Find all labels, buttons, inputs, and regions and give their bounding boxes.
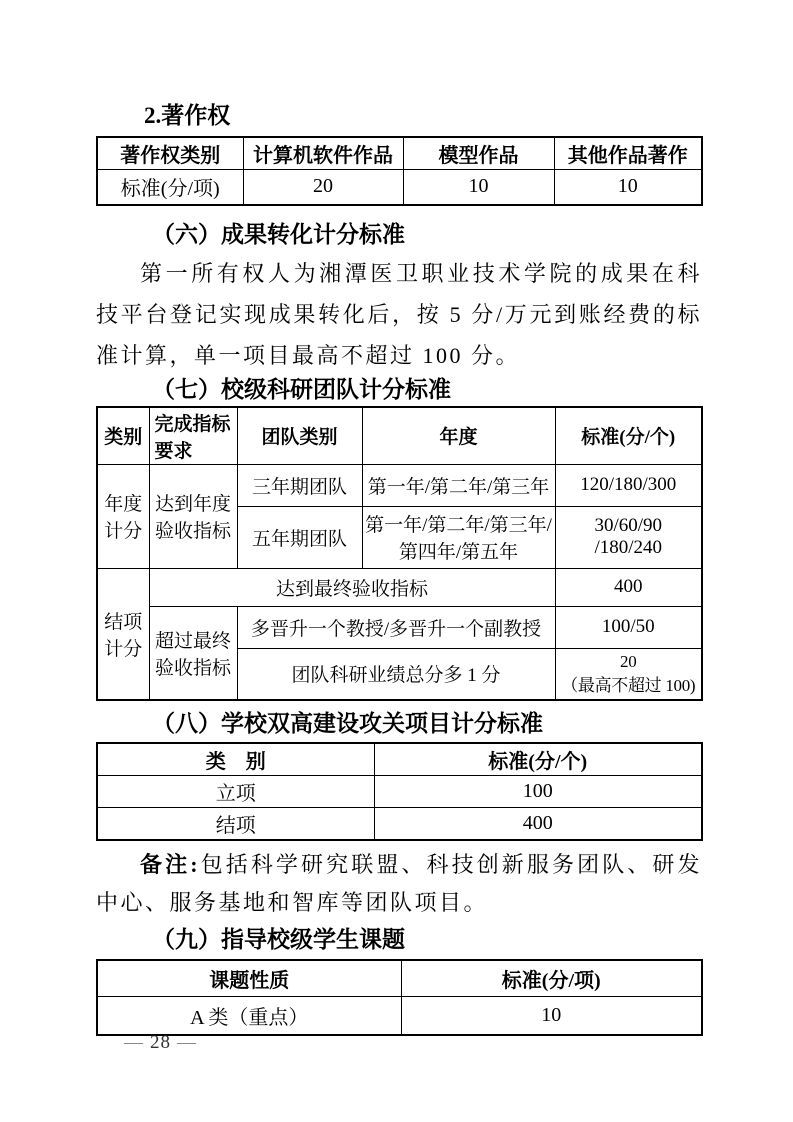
- heading-section-6: （六）成果转化计分标准: [152, 221, 702, 249]
- score-cell: 30/60/90 /180/240: [555, 506, 702, 568]
- column-header: 课题性质: [97, 960, 401, 996]
- cell-value: 100: [374, 776, 702, 808]
- table-row: 立项 100: [97, 776, 702, 808]
- table-header-row: 著作权类别 计算机软件作品 模型作品 其他作品著作: [97, 137, 702, 170]
- table-row: A 类（重点） 10: [97, 996, 702, 1035]
- heading-section-8: （八）学校双高建设攻关项目计分标准: [152, 710, 702, 738]
- paragraph-section-6: 第一所有权人为湘潭医卫职业技术学院的成果在科技平台登记实现成果转化后，按 5 分…: [96, 253, 702, 376]
- column-header: 计算机软件作品: [243, 137, 403, 170]
- footer-dash-left: —: [118, 1032, 150, 1053]
- column-header: 标准(分/个): [555, 407, 702, 465]
- heading-copyright: 2.著作权: [144, 102, 702, 130]
- cell-value: 20: [243, 170, 403, 205]
- column-header: 完成指标要求: [149, 407, 237, 465]
- student-topic-table: 课题性质 标准(分/项) A 类（重点） 10: [96, 959, 703, 1036]
- page-number-footer: —28—: [118, 1032, 203, 1054]
- table-row: 结项计分 达到最终验收指标 400: [97, 568, 702, 606]
- column-header: 著作权类别: [97, 137, 243, 170]
- column-header: 模型作品: [403, 137, 554, 170]
- footer-dash-right: —: [171, 1032, 203, 1053]
- column-header: 标准(分/项): [401, 960, 702, 996]
- row-label: 标准(分/项): [97, 170, 243, 205]
- requirement-cell: 超过最终验收指标: [149, 606, 237, 700]
- column-header: 年度: [362, 407, 555, 465]
- column-header: 类 别: [97, 743, 374, 776]
- cell-value: 10: [401, 996, 702, 1035]
- heading-section-7: （七）校级科研团队计分标准: [152, 376, 702, 404]
- note-label: 备注:: [140, 852, 200, 877]
- table-header-row: 类别 完成指标要求 团队类别 年度 标准(分/个): [97, 407, 702, 465]
- copyright-table: 著作权类别 计算机软件作品 模型作品 其他作品著作 标准(分/项) 20 10 …: [96, 136, 703, 206]
- score-cell: 400: [555, 568, 702, 606]
- table-row: 结项 400: [97, 808, 702, 841]
- column-header: 其他作品著作: [554, 137, 702, 170]
- years-cell: 第一年/第二年/第三年/第四年/第五年: [362, 506, 555, 568]
- table-row: 标准(分/项) 20 10 10: [97, 170, 702, 205]
- page-content: 2.著作权 著作权类别 计算机软件作品 模型作品 其他作品著作 标准(分/项) …: [96, 0, 702, 1036]
- condition-cell: 多晋升一个教授/多晋升一个副教授: [237, 606, 555, 648]
- team-cell: 五年期团队: [237, 506, 362, 568]
- document-page: 2.著作权 著作权类别 计算机软件作品 模型作品 其他作品著作 标准(分/项) …: [0, 0, 793, 1122]
- condition-cell: 团队科研业绩总分多 1 分: [237, 648, 555, 700]
- cell-value: 400: [374, 808, 702, 841]
- cell-value: 10: [403, 170, 554, 205]
- final-target-cell: 达到最终验收指标: [149, 568, 555, 606]
- shuanggao-project-table: 类 别 标准(分/个) 立项 100 结项 400: [96, 742, 703, 841]
- score-cell: 20 （最高不超过 100): [555, 648, 702, 700]
- row-label: 结项: [97, 808, 374, 841]
- research-team-table: 类别 完成指标要求 团队类别 年度 标准(分/个) 年度计分 达到年度验收指标 …: [96, 406, 703, 702]
- score-cell: 120/180/300: [555, 464, 702, 506]
- row-label: A 类（重点）: [97, 996, 401, 1035]
- category-cell: 年度计分: [97, 464, 149, 568]
- table-header-row: 类 别 标准(分/个): [97, 743, 702, 776]
- team-cell: 三年期团队: [237, 464, 362, 506]
- years-cell: 第一年/第二年/第三年: [362, 464, 555, 506]
- heading-section-9: （九）指导校级学生课题: [152, 926, 702, 954]
- footer-page-number: 28: [150, 1032, 171, 1053]
- table-row: 年度计分 达到年度验收指标 三年期团队 第一年/第二年/第三年 120/180/…: [97, 464, 702, 506]
- category-cell: 结项计分: [97, 568, 149, 700]
- column-header: 类别: [97, 407, 149, 465]
- table-header-row: 课题性质 标准(分/项): [97, 960, 702, 996]
- score-cell: 100/50: [555, 606, 702, 648]
- row-label: 立项: [97, 776, 374, 808]
- column-header: 标准(分/个): [374, 743, 702, 776]
- requirement-cell: 达到年度验收指标: [149, 464, 237, 568]
- cell-value: 10: [554, 170, 702, 205]
- column-header: 团队类别: [237, 407, 362, 465]
- note-paragraph: 备注:包括科学研究联盟、科技创新服务团队、研发中心、服务基地和智库等团队项目。: [96, 846, 702, 922]
- table-row: 超过最终验收指标 多晋升一个教授/多晋升一个副教授 100/50: [97, 606, 702, 648]
